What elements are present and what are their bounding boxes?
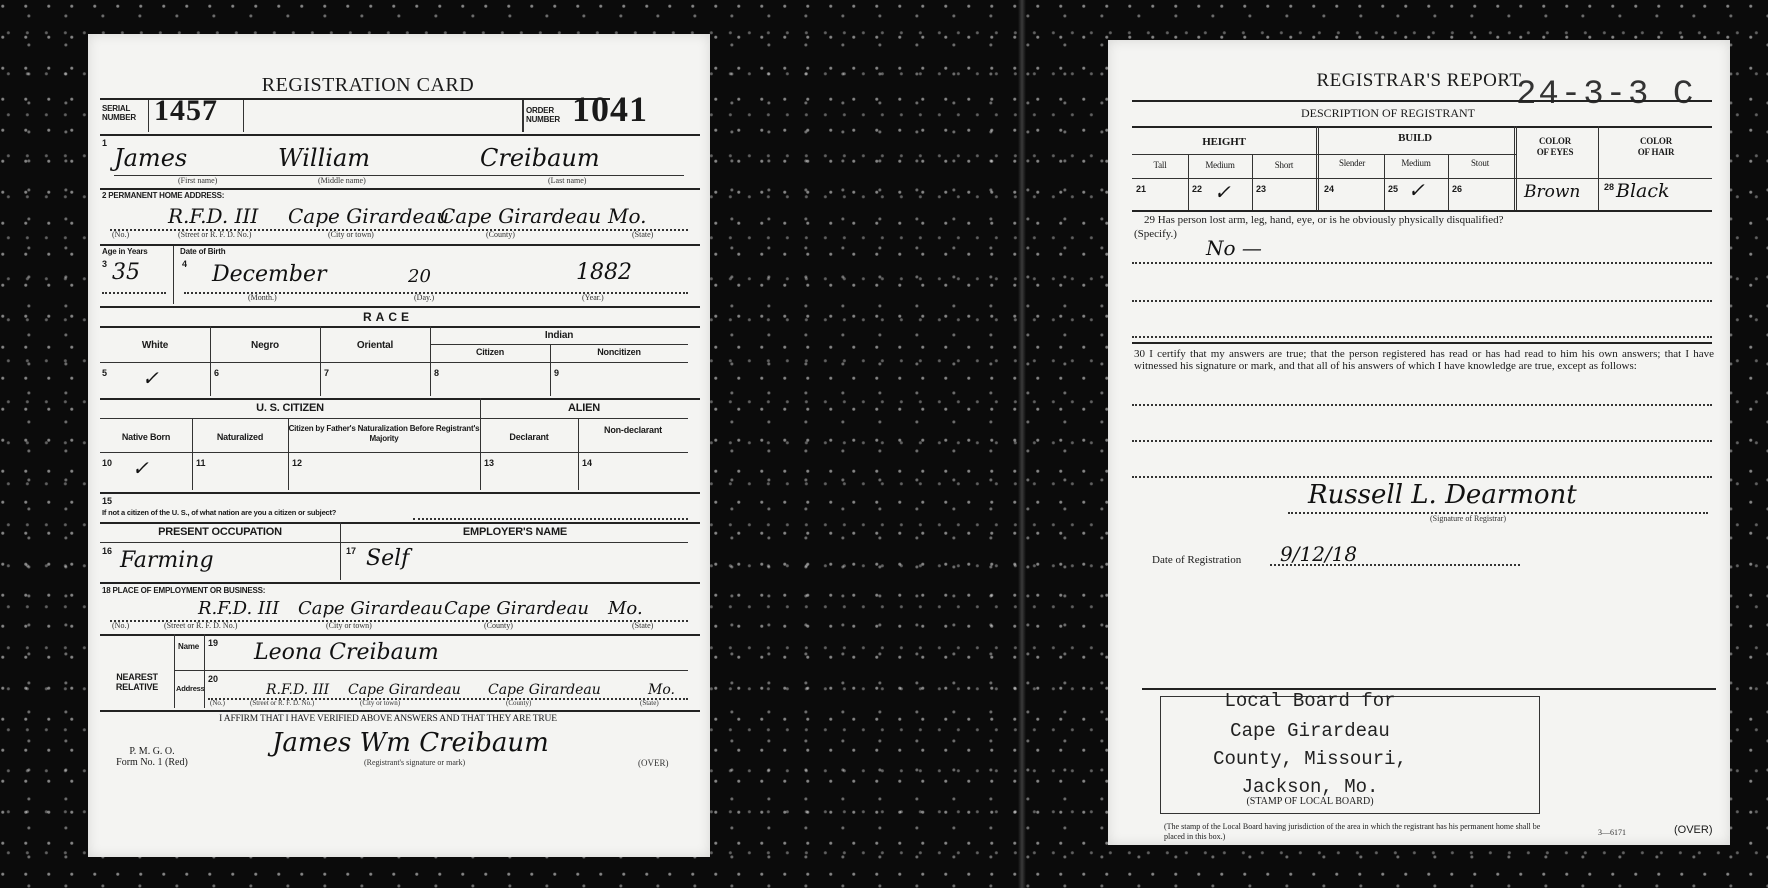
occupation-value: Farming xyxy=(120,548,214,573)
over-label-right: (OVER) xyxy=(1674,824,1713,836)
registrant-signature: James Wm Creibaum xyxy=(272,728,549,758)
order-number: 1041 xyxy=(572,88,648,130)
registrars-report: REGISTRAR'S REPORT 24-3-3 C DESCRIPTION … xyxy=(1108,40,1730,845)
order-label: ORDERNUMBER xyxy=(526,106,560,124)
home-city: Cape Girardeau xyxy=(288,204,449,228)
field-15-question: If not a citizen of the U. S., of what n… xyxy=(102,508,336,517)
eye-color-value: Brown xyxy=(1524,182,1580,202)
registrar-signature: Russell L. Dearmont xyxy=(1308,480,1577,510)
page-binding-gutter xyxy=(1018,0,1026,888)
birth-day: 20 xyxy=(408,266,431,287)
middle-name: William xyxy=(278,144,370,172)
relative-name: Leona Creibaum xyxy=(254,640,439,665)
report-subtitle: DESCRIPTION OF REGISTRANT xyxy=(1108,106,1668,121)
employment-county: Cape Girardeau xyxy=(444,598,589,619)
build-medium-check: ✓ xyxy=(1408,178,1425,202)
relative-street: R.F.D. III xyxy=(266,682,329,698)
age-value: 35 xyxy=(112,260,140,285)
field-30-certification: 30 I certify that my answers are true; t… xyxy=(1134,348,1714,372)
date-of-registration-label: Date of Registration xyxy=(1152,554,1241,566)
home-address-label: 2 PERMANENT HOME ADDRESS: xyxy=(102,191,224,200)
employer-value: Self xyxy=(366,546,409,571)
race-white-check: ✓ xyxy=(142,366,159,390)
employment-street: R.F.D. III xyxy=(198,598,279,619)
birth-month: December xyxy=(212,262,326,287)
field-29-question: 29 Has person lost arm, leg, hand, eye, … xyxy=(1144,214,1504,226)
affirmation-text: I AFFIRM THAT I HAVE VERIFIED ABOVE ANSW… xyxy=(88,714,688,724)
employment-city: Cape Girardeau xyxy=(298,598,443,619)
registration-card-front: REGISTRATION CARD SERIALNUMBER 1457 ORDE… xyxy=(88,34,710,857)
home-county: Cape Girardeau xyxy=(440,204,601,228)
stamp-note: (The stamp of the Local Board having jur… xyxy=(1164,822,1544,842)
field-29-answer: No — xyxy=(1206,236,1262,260)
over-label-left: (OVER) xyxy=(638,758,669,768)
birth-year: 1882 xyxy=(576,260,632,285)
first-name: James xyxy=(114,144,187,172)
race-heading: RACE xyxy=(88,310,688,324)
home-street: R.F.D. III xyxy=(168,204,258,228)
nearest-relative-label: NEARESTRELATIVE xyxy=(100,672,174,692)
hair-color-value: Black xyxy=(1616,180,1670,202)
relative-county: Cape Girardeau xyxy=(488,682,601,698)
serial-label: SERIALNUMBER xyxy=(102,104,136,122)
native-born-check: ✓ xyxy=(132,456,149,480)
serial-number: 1457 xyxy=(154,94,218,128)
relative-city: Cape Girardeau xyxy=(348,682,461,698)
form-id: P. M. G. O.Form No. 1 (Red) xyxy=(92,746,212,768)
height-medium-check: ✓ xyxy=(1214,180,1231,204)
relative-state: Mo. xyxy=(648,682,675,698)
last-name: Creibaum xyxy=(480,144,600,172)
employment-state: Mo. xyxy=(608,598,643,619)
date-of-registration-value: 9/12/18 xyxy=(1280,542,1357,566)
home-state: Mo. xyxy=(608,204,647,228)
